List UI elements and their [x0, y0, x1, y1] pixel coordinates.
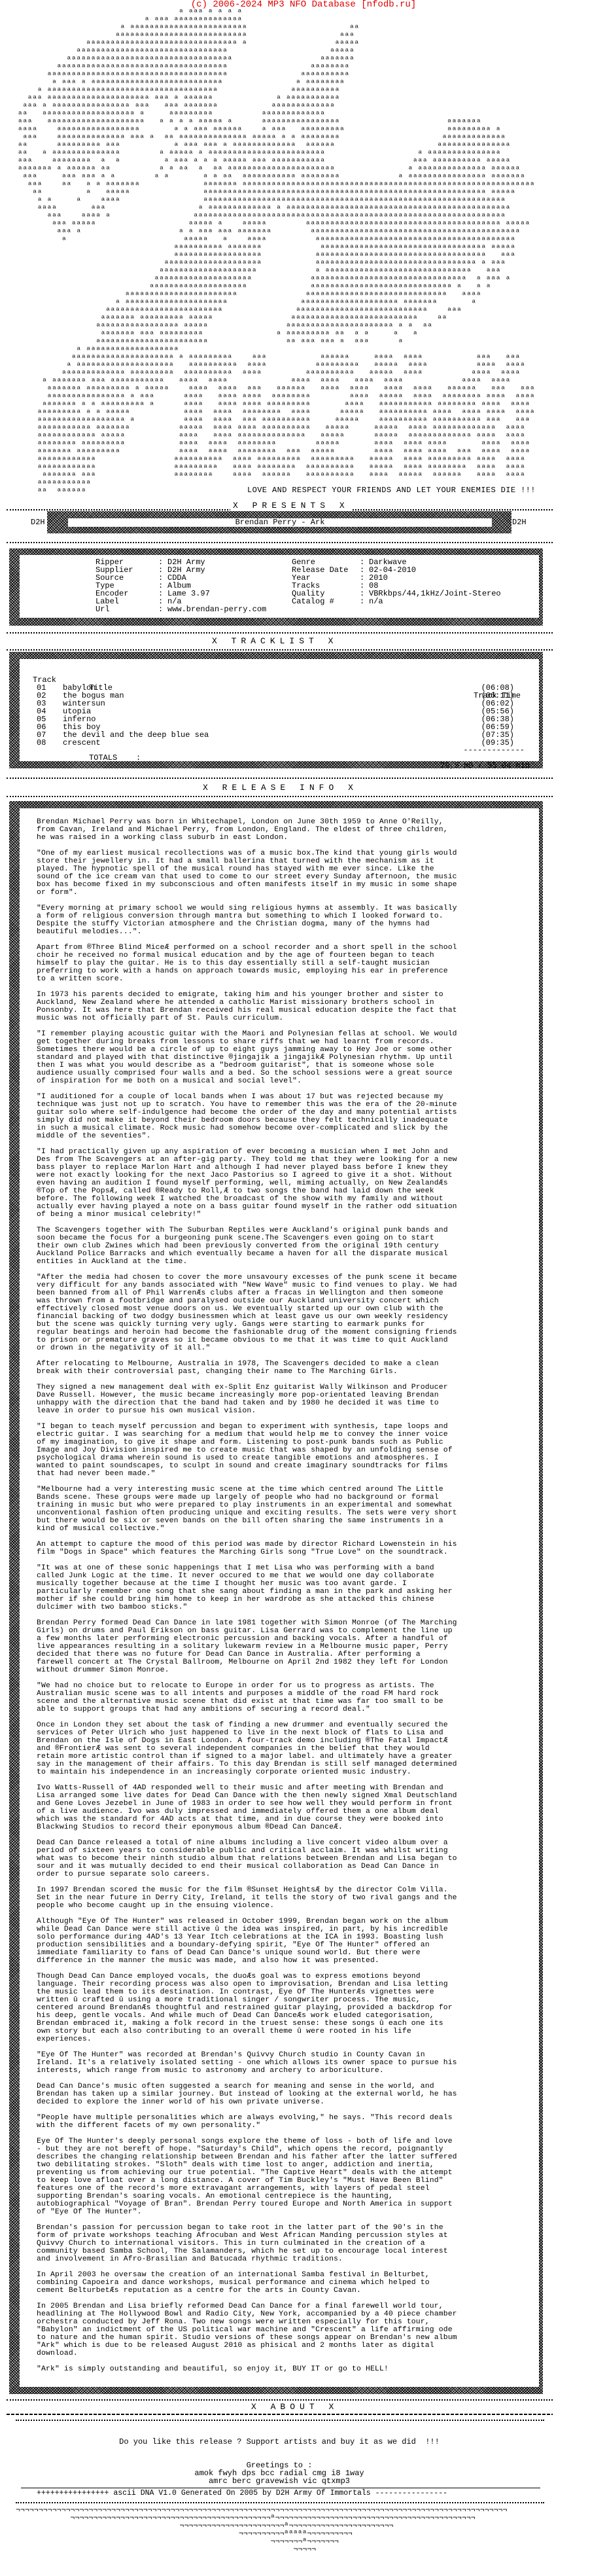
- release-info-paragraph: Although "Eye Of The Hunter" was release…: [37, 1918, 534, 1965]
- section-marker: X: [212, 636, 222, 646]
- release-info-paragraph: "I remember playing acoustic guitar with…: [37, 1030, 534, 1085]
- release-title: Brendan Perry - Ark: [68, 518, 492, 527]
- track-row: 05inferno(06:38): [37, 715, 521, 723]
- about-label: ABOUT: [271, 2402, 319, 2412]
- release-info-paragraph: In April 2003 he oversaw the creation of…: [37, 2271, 534, 2295]
- release-info-paragraph: "Every morning at primary school we woul…: [37, 904, 534, 936]
- slogan: LOVE AND RESPECT YOUR FRIENDS AND LET YO…: [247, 486, 536, 494]
- release-info-paragraph: Dead Can Dance's music often suggested a…: [37, 2083, 534, 2106]
- release-info-paragraph: "Ark" is simply outstanding and beautifu…: [37, 2365, 534, 2373]
- release-info-paragraph: "We had no choice but to relocate to Eur…: [37, 1682, 534, 1713]
- totals-label: TOTALS :: [89, 754, 141, 762]
- totals-row: TOTALS : 79,5 MB / 55:04 min: [37, 746, 521, 754]
- detail-value: www.brendan-perry.com: [167, 605, 266, 614]
- about-title: X ABOUT X: [249, 2402, 341, 2412]
- release-info-paragraph: "It was at one of these sonic happenings…: [37, 1564, 534, 1611]
- presents-label: PRESENTS: [252, 501, 330, 510]
- divider: [7, 2395, 553, 2401]
- generator-credit: ++++++++++++++++ ascii DNA V1.0 Generate…: [20, 2490, 564, 2497]
- ascii-tail-art: ¬¬¬¬¬¬¬¬¬¬¬¬¬¬¬¬¬¬¬¬¬¬¬¬¬¬¬¬¬¬¬¬¬¬¬¬¬¬¬¬…: [7, 2507, 507, 2554]
- section-marker: X: [339, 501, 349, 510]
- release-info-paragraph: Eye Of The Hunter's deeply personal song…: [37, 2138, 534, 2216]
- details-right-column: Genre:DarkwaveRelease Date:02-04-2010Yea…: [292, 558, 501, 605]
- release-info-paragraph: The Scavengers together with The Suburba…: [37, 1226, 534, 1266]
- release-info-paragraph: An attempt to capture the mood of this p…: [37, 1541, 534, 1556]
- release-info-paragraph: After relocating to Melbourne, Australia…: [37, 1360, 534, 1376]
- release-info-paragraph: They signed a new management deal with e…: [37, 1384, 534, 1415]
- detail-key: Catalog #: [292, 598, 360, 605]
- release-info-paragraph: "I began to teach myself percussion and …: [37, 1423, 534, 1478]
- release-info-paragraph: "One of my earliest musical recollection…: [37, 850, 534, 897]
- release-info-paragraph: Brendan Perry formed Dead Can Dance in l…: [37, 1619, 534, 1674]
- detail-value: n/a: [369, 597, 383, 606]
- section-marker: X: [203, 783, 213, 793]
- group-tag-right: D2H: [512, 518, 527, 527]
- release-info-paragraph: Dead Can Dance released a total of nine …: [37, 1839, 534, 1878]
- tracklist-header: Track Title Track Time: [37, 668, 521, 676]
- detail-row: Year:2010: [292, 574, 501, 582]
- divider: [7, 2414, 553, 2415]
- detail-row: Url:www.brendan-perry.com: [95, 605, 266, 613]
- section-marker: X: [348, 783, 358, 793]
- release-info-paragraph: Once in London they set about the task o…: [37, 1721, 534, 1776]
- divider: [7, 628, 553, 634]
- release-info-label: RELEASE INFO: [222, 783, 339, 793]
- release-info-paragraph: "I auditioned for a couple of local band…: [37, 1093, 534, 1140]
- release-info-paragraph: "Melbourne had a very interesting music …: [37, 1486, 534, 1533]
- details-left-column: Ripper:D2H ArmySupplier:D2H ArmySource:C…: [95, 558, 266, 613]
- section-marker: X: [328, 636, 338, 646]
- divider: [7, 645, 553, 651]
- greetings-list-2: amrc berc gravewish vic qtxmp3: [16, 2477, 543, 2485]
- divider: [7, 774, 553, 779]
- release-info-paragraph: Brendan's passion for percussion began t…: [37, 2224, 534, 2263]
- track-row: 02the bogus man(06:11): [37, 692, 521, 700]
- release-info-title: X RELEASE INFO X: [200, 783, 360, 793]
- section-marker: X: [328, 2402, 338, 2412]
- detail-value: VBRkbps/44,1kHz/Joint-Stereo: [369, 589, 501, 598]
- release-info-paragraph: Ivo Watts-Russell of 4AD responded well …: [37, 1784, 534, 1831]
- release-info-paragraph: "After the media had chosen to cover the…: [37, 1274, 534, 1352]
- release-info-paragraph: "I had practically given up any aspirati…: [37, 1148, 534, 1219]
- track-row: 04utopia(05:56): [37, 707, 521, 715]
- presents-title: X PRESENTS X: [230, 501, 352, 510]
- release-info-paragraph: "People have multiple personalities whic…: [37, 2114, 534, 2130]
- footer-rule: [21, 2488, 540, 2488]
- release-info-paragraph: In 2005 Brendan and Lisa briefly reforme…: [37, 2302, 534, 2357]
- release-info-paragraph: In 1997 Brendan scored the music for the…: [37, 1886, 534, 1910]
- detail-key: Url: [95, 605, 158, 613]
- section-marker: X: [251, 2402, 261, 2412]
- release-info-paragraph: Though Dead Can Dance employed vocals, t…: [37, 1973, 534, 2043]
- detail-separator: :: [360, 598, 369, 605]
- totals-divider-row: -------------: [37, 738, 521, 746]
- ascii-logo-art: ª ªªª ª ª ª ª ª ªªª ªªªªªªªªªªªªªª ª ªªª…: [3, 9, 607, 467]
- detail-separator: :: [158, 605, 167, 613]
- release-info-paragraph: Apart from ®Three Blind MiceÆ performed …: [37, 944, 534, 983]
- copyright-banner: (c) 2006-2024 MP3 NFO Database [nfodb.ru…: [0, 0, 607, 9]
- release-info-paragraph: "Eye Of The Hunter" was recorded at Bren…: [37, 2051, 534, 2075]
- totals-value: 79,5 MB / 55:04 min: [440, 762, 530, 770]
- tracklist-label: TRACKLIST: [232, 636, 319, 646]
- track-row: 03wintersun(06:02): [37, 700, 521, 707]
- release-info-paragraph: Brendan Michael Perry was born in Whitec…: [37, 818, 534, 842]
- section-marker: X: [233, 501, 243, 510]
- detail-row: Release Date:02-04-2010: [292, 566, 501, 574]
- release-info-body: Brendan Michael Perry was born in Whitec…: [37, 818, 534, 2381]
- support-message: Do you like this release ? Support artis…: [16, 2438, 543, 2446]
- tracklist-title: X TRACKLIST X: [209, 636, 340, 646]
- totals-divider: -------------: [463, 746, 525, 754]
- group-tag-left: D2H: [31, 518, 45, 527]
- release-info-paragraph: In 1973 his parents decided to emigrate,…: [37, 991, 534, 1022]
- divider: [7, 792, 553, 797]
- detail-row: Catalog #:n/a: [292, 598, 501, 605]
- divider: [7, 538, 553, 543]
